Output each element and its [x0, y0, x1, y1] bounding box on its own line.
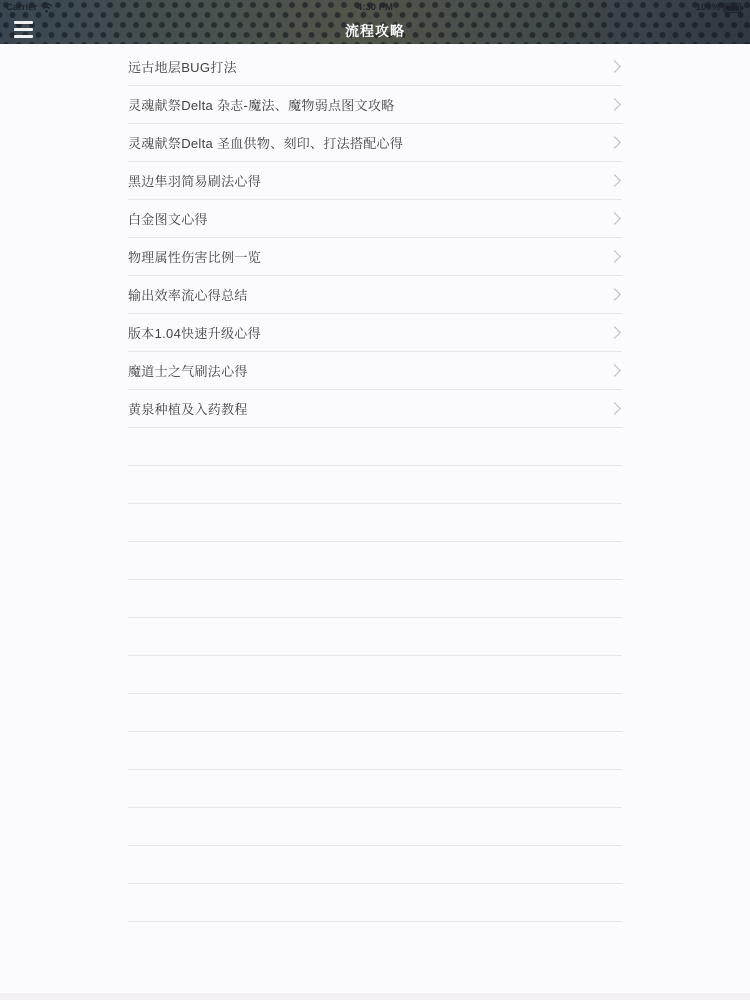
list-item[interactable]: 远古地层BUG打法	[128, 48, 622, 86]
chevron-right-icon	[608, 402, 621, 415]
chevron-right-icon	[608, 174, 621, 187]
chevron-right-icon	[608, 288, 621, 301]
empty-list-row	[128, 580, 622, 618]
list-item-label: 黑边隼羽简易刷法心得	[128, 171, 261, 190]
chevron-right-icon	[608, 364, 621, 377]
list-item-label: 魔道士之气刷法心得	[128, 361, 248, 380]
nav-bar: 流程攻略	[0, 16, 750, 44]
empty-list-row	[128, 504, 622, 542]
empty-list-row	[128, 808, 622, 846]
list-item[interactable]: 版本1.04快速升级心得	[128, 314, 622, 352]
list-item-label: 白金图文心得	[128, 209, 208, 228]
bottom-strip	[0, 993, 750, 1000]
empty-list-row	[128, 466, 622, 504]
chevron-right-icon	[608, 326, 621, 339]
header: Carrier 4:30 PM 100%	[0, 0, 750, 44]
list-item[interactable]: 黄泉种植及入药教程	[128, 390, 622, 428]
list-item[interactable]: 黑边隼羽简易刷法心得	[128, 162, 622, 200]
list-item[interactable]: 物理属性伤害比例一览	[128, 238, 622, 276]
list-item-label: 物理属性伤害比例一览	[128, 247, 261, 266]
list-item-label: 版本1.04快速升级心得	[128, 323, 261, 342]
battery-percent-label: 100%	[696, 2, 720, 13]
empty-list-row	[128, 694, 622, 732]
battery-icon	[723, 3, 744, 13]
status-right: 100%	[696, 2, 744, 13]
list-item-label: 灵魂献祭Delta 杂志-魔法、魔物弱点图文攻略	[128, 95, 395, 114]
chevron-right-icon	[608, 60, 621, 73]
list-item[interactable]: 灵魂献祭Delta 杂志-魔法、魔物弱点图文攻略	[128, 86, 622, 124]
chevron-right-icon	[608, 136, 621, 149]
list-item[interactable]: 白金图文心得	[128, 200, 622, 238]
empty-list-row	[128, 732, 622, 770]
list-item-label: 远古地层BUG打法	[128, 57, 237, 76]
empty-list-row	[128, 618, 622, 656]
chevron-right-icon	[608, 98, 621, 111]
list-item[interactable]: 输出效率流心得总结	[128, 276, 622, 314]
status-bar: Carrier 4:30 PM 100%	[0, 0, 750, 16]
empty-list-row	[128, 656, 622, 694]
empty-list-row	[128, 884, 622, 922]
main-content: 远古地层BUG打法 灵魂献祭Delta 杂志-魔法、魔物弱点图文攻略 灵魂献祭D…	[0, 44, 750, 922]
page-title: 流程攻略	[0, 21, 750, 41]
empty-list-row	[128, 770, 622, 808]
guide-list: 远古地层BUG打法 灵魂献祭Delta 杂志-魔法、魔物弱点图文攻略 灵魂献祭D…	[128, 44, 622, 922]
chevron-right-icon	[608, 212, 621, 225]
list-item[interactable]: 灵魂献祭Delta 圣血供物、刻印、打法搭配心得	[128, 124, 622, 162]
list-item[interactable]: 魔道士之气刷法心得	[128, 352, 622, 390]
list-item-label: 灵魂献祭Delta 圣血供物、刻印、打法搭配心得	[128, 133, 403, 152]
empty-list-row	[128, 542, 622, 580]
list-item-label: 黄泉种植及入药教程	[128, 399, 248, 418]
chevron-right-icon	[608, 250, 621, 263]
list-item-label: 输出效率流心得总结	[128, 285, 248, 304]
empty-list-row	[128, 428, 622, 466]
clock: 4:30 PM	[0, 2, 750, 13]
empty-list-row	[128, 846, 622, 884]
